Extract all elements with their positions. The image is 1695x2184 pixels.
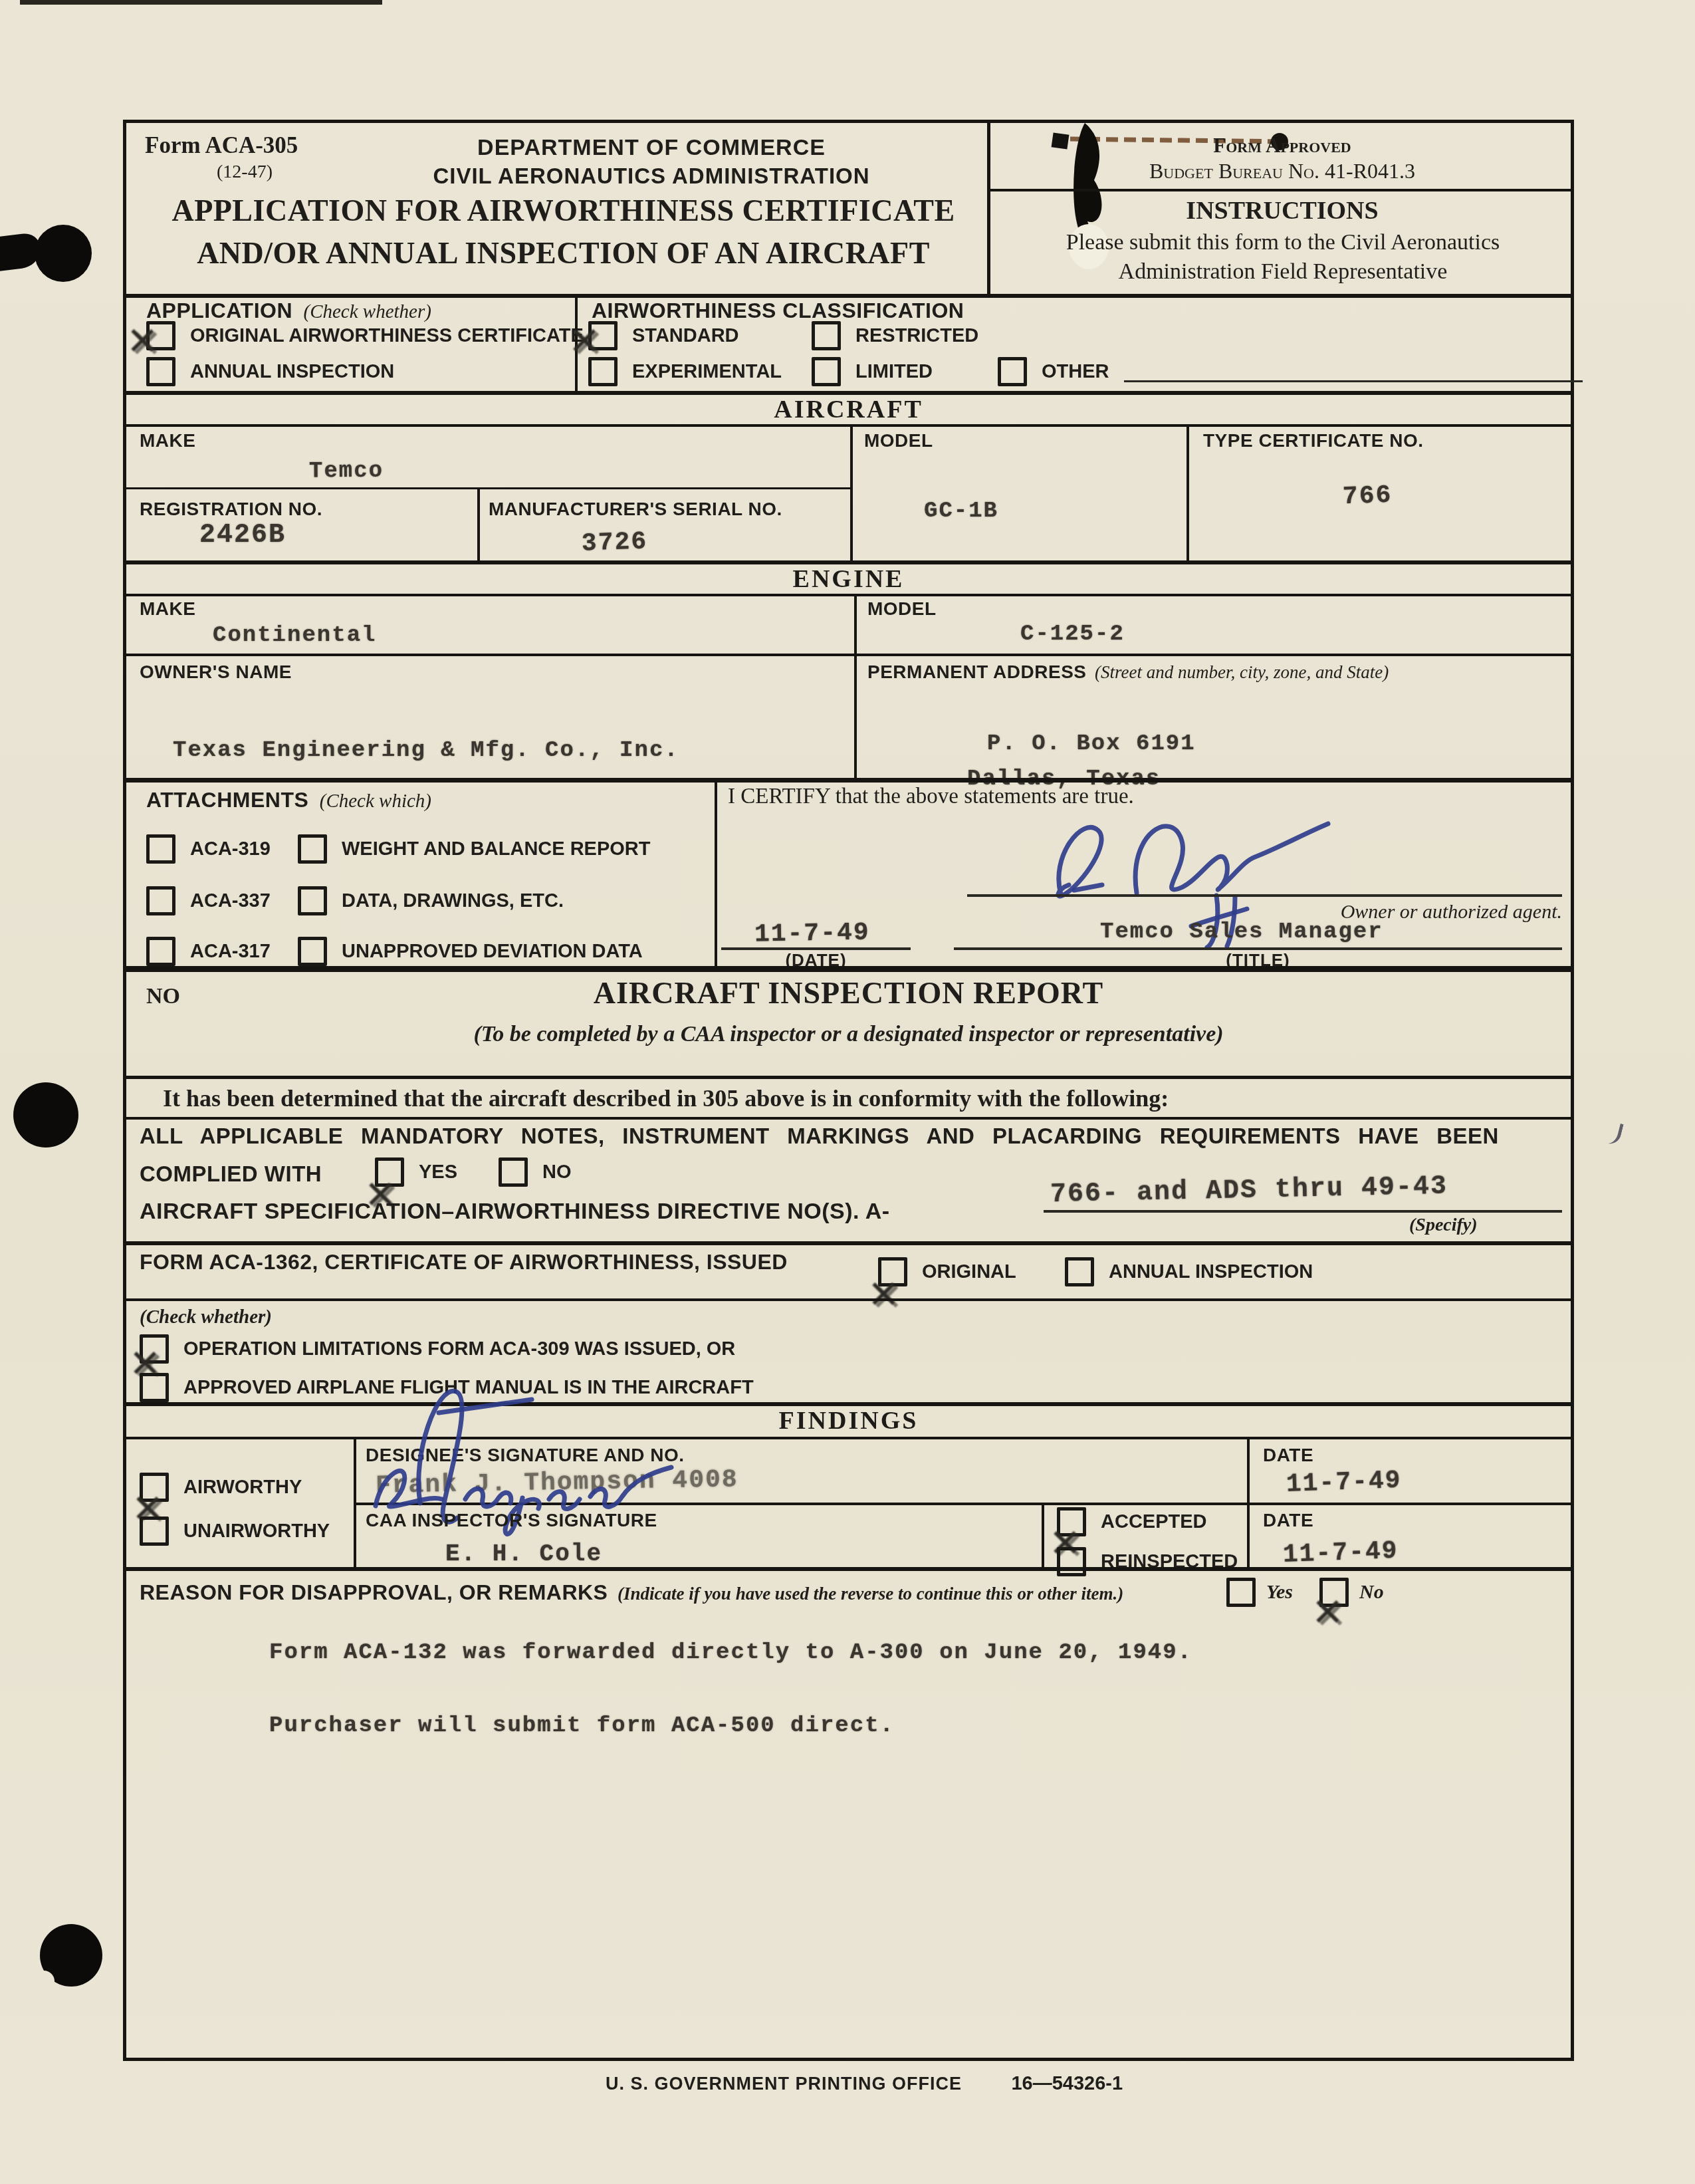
checkbox-airworthy[interactable] (140, 1473, 169, 1502)
divider (1186, 424, 1189, 560)
divider (575, 294, 578, 391)
attachment-doc: WEIGHT AND BALANCE REPORT (342, 838, 651, 860)
reason-label-row: REASON FOR DISAPPROVAL, OR REMARKS (Indi… (140, 1580, 1123, 1605)
attachments-hint: (Check which) (320, 790, 431, 812)
attachments-label: ATTACHMENTS (Check which) (146, 788, 431, 812)
scanned-page: { "f305": { "no": "Form ACA-305", "rev":… (0, 0, 1695, 2184)
divider (850, 424, 853, 560)
checkbox-label: AIRWORTHY (183, 1477, 302, 1499)
checkbox-original-airworthiness[interactable] (146, 321, 175, 350)
divider (126, 966, 1571, 972)
hole-punch-top-streak (0, 231, 40, 271)
aircraft-make-value[interactable]: Temco (309, 459, 384, 485)
complied-no-option: NO (499, 1157, 572, 1187)
checkbox-label: EXPERIMENTAL (632, 361, 782, 383)
checkbox-unairworthy[interactable] (140, 1517, 169, 1546)
certify-title-value[interactable]: Temco Sales Manager (1100, 919, 1383, 945)
engine-model-label: MODEL (867, 598, 937, 620)
checkbox-label: ANNUAL INSPECTION (190, 361, 394, 383)
complied-line1: ALL APPLICABLE MANDATORY NOTES, INSTRUME… (140, 1124, 1562, 1149)
engine-section-title: ENGINE (126, 564, 1571, 594)
owner-name-label: OWNER'S NAME (140, 662, 292, 683)
checkbox-label: LIMITED (855, 361, 933, 383)
serial-value[interactable]: 3726 (581, 527, 648, 558)
issued-original-option: ORIGINAL (878, 1257, 1016, 1286)
checkbox-weight-balance[interactable] (298, 834, 327, 864)
printing-office-code: 16—54326-1 (1011, 2073, 1123, 2094)
attachment-row: ACA-317 UNAPPROVED DEVIATION DATA (146, 937, 643, 966)
attachment-row: ACA-319 WEIGHT AND BALANCE REPORT (146, 834, 651, 864)
form-approved-line1: Form Approved (987, 134, 1577, 158)
checkbox-label: No (1359, 1581, 1384, 1604)
checkbox-limited[interactable] (812, 357, 841, 386)
divider (126, 1117, 1571, 1120)
option-limited: LIMITED (812, 357, 933, 386)
checkbox-other[interactable] (998, 357, 1027, 386)
application-label: APPLICATION (Check whether) (146, 299, 431, 323)
printing-office-footer: U. S. GOVERNMENT PRINTING OFFICE 16—5432… (545, 2073, 1183, 2095)
form-approved-line2: Budget Bureau No. 41-R041.3 (987, 159, 1577, 183)
permanent-address-label-text: PERMANENT ADDRESS (867, 662, 1087, 682)
divider (126, 778, 1571, 783)
checkbox-label: ACCEPTED (1101, 1511, 1207, 1533)
checkbox-label: ORIGINAL AIRWORTHINESS CERTIFICATE (190, 325, 584, 347)
pen-tick-mark (1605, 1121, 1624, 1146)
department-header: DEPARTMENT OF COMMERCE CIVIL AERONAUTICS… (319, 134, 984, 189)
registration-value[interactable]: 2426B (199, 521, 286, 550)
checkbox-label: RESTRICTED (855, 325, 978, 347)
form-title: APPLICATION FOR AIRWORTHINESS CERTIFICAT… (150, 189, 977, 275)
engine-make-value[interactable]: Continental (213, 623, 376, 648)
hole-punch-top (35, 225, 92, 282)
unairworthy-option: UNAIRWORTHY (140, 1517, 330, 1546)
form-revision: (12-47) (145, 162, 344, 183)
checkbox-data-drawings[interactable] (298, 886, 327, 915)
instructions-body: Please submit this form to the Civil Aer… (1010, 228, 1555, 287)
spec-directive-label: AIRCRAFT SPECIFICATION–AIRWORTHINESS DIR… (140, 1199, 890, 1225)
aircraft-section-title: AIRCRAFT (126, 395, 1571, 424)
department-line2: CIVIL AERONAUTICS ADMINISTRATION (319, 162, 984, 189)
date-header-2: DATE (1263, 1510, 1313, 1531)
divider (126, 424, 1571, 427)
checkbox-accepted[interactable] (1057, 1507, 1086, 1536)
checkbox-operation-limitations[interactable] (140, 1334, 169, 1364)
owner-name-value[interactable]: Texas Engineering & Mfg. Co., Inc. (173, 738, 679, 763)
department-line1: DEPARTMENT OF COMMERCE (319, 134, 984, 162)
serial-label: MANUFACTURER'S SERIAL NO. (489, 499, 782, 520)
complied-yes-option: YES (375, 1157, 457, 1187)
divider (126, 1567, 1571, 1571)
printing-office-text: U. S. GOVERNMENT PRINTING OFFICE (606, 2074, 962, 2094)
engine-make-label: MAKE (140, 598, 195, 620)
divider (1042, 1503, 1044, 1567)
checkbox-complied-no[interactable] (499, 1157, 528, 1187)
divider (126, 594, 1571, 596)
aircraft-make-label: MAKE (140, 430, 195, 451)
inspector-date-value[interactable]: 11-7-49 (1282, 1537, 1399, 1570)
issued-annual-option: ANNUAL INSPECTION (1065, 1257, 1313, 1286)
checkbox-restricted[interactable] (812, 321, 841, 350)
attachment-code: ACA-317 (190, 941, 283, 963)
address-line1[interactable]: P. O. Box 6191 (987, 731, 1196, 757)
checkbox-reason-yes[interactable] (1226, 1578, 1256, 1607)
option-other: OTHER (998, 357, 1583, 386)
checkbox-issued-original[interactable] (878, 1257, 907, 1286)
checkbox-label: ORIGINAL (922, 1261, 1016, 1283)
option-standard: STANDARD (588, 321, 739, 350)
checkbox-aca-319[interactable] (146, 834, 175, 864)
option-restricted: RESTRICTED (812, 321, 978, 350)
hole-punch-middle (13, 1082, 78, 1148)
certify-date-value[interactable]: 11-7-49 (754, 918, 870, 949)
complied-line2: COMPLIED WITH (140, 1161, 322, 1187)
classification-label: AIRWORTHINESS CLASSIFICATION (592, 299, 964, 323)
airworthy-option: AIRWORTHY (140, 1473, 302, 1502)
inspection-report-subtitle: (To be completed by a CAA inspector or a… (126, 1022, 1571, 1047)
option-original-airworthiness: ORIGINAL AIRWORTHINESS CERTIFICATE (146, 321, 584, 350)
form-title-line2: AND/OR ANNUAL INSPECTION OF AN AIRCRAFT (150, 232, 977, 275)
findings-section-title: FINDINGS (126, 1406, 1571, 1435)
divider (126, 487, 850, 489)
owner-signature-line[interactable] (967, 894, 1562, 897)
type-certificate-value[interactable]: 766 (1342, 481, 1393, 512)
divider (126, 654, 1571, 656)
reason-yes-option: Yes (1226, 1578, 1293, 1607)
remark-line1: Form ACA-132 was forwarded directly to A… (269, 1640, 1192, 1665)
form-aca-305: Form ACA-305 (12-47) DEPARTMENT OF COMME… (123, 120, 1574, 2061)
divider (477, 487, 480, 560)
permanent-address-hint: (Street and number, city, zone, and Stat… (1095, 662, 1389, 682)
form-number: Form ACA-305 (145, 132, 298, 159)
divider (126, 1076, 1571, 1079)
checkbox-reason-no[interactable] (1319, 1578, 1349, 1607)
divider (126, 1437, 1571, 1439)
date-header-1: DATE (1263, 1445, 1313, 1466)
checkbox-label: ANNUAL INSPECTION (1109, 1261, 1313, 1283)
divider (854, 594, 857, 778)
checkbox-annual-inspection[interactable] (146, 357, 175, 386)
registration-label: REGISTRATION NO. (140, 499, 322, 520)
checkbox-label: YES (419, 1161, 457, 1183)
divider (126, 1241, 1571, 1245)
inspection-report-title: AIRCRAFT INSPECTION REPORT (126, 975, 1571, 1011)
checkbox-aca-337[interactable] (146, 886, 175, 915)
checkbox-issued-annual[interactable] (1065, 1257, 1094, 1286)
attachment-code: ACA-337 (190, 890, 283, 912)
checkbox-flight-manual[interactable] (140, 1373, 169, 1402)
divider (126, 1298, 1571, 1301)
permanent-address-label: PERMANENT ADDRESS (Street and number, ci… (867, 662, 1389, 683)
hole-punch-bottom-bite (33, 1971, 55, 1992)
specify-hint: (Specify) (1409, 1215, 1478, 1236)
checkbox-label: STANDARD (632, 325, 739, 347)
checkbox-standard[interactable] (588, 321, 618, 350)
operation-limitations-option: OPERATION LIMITATIONS FORM ACA-309 WAS I… (140, 1334, 735, 1364)
divider (1247, 1437, 1250, 1567)
attachment-doc: UNAPPROVED DEVIATION DATA (342, 941, 643, 963)
attachments-label-text: ATTACHMENTS (146, 788, 308, 812)
checkbox-aca-317[interactable] (146, 937, 175, 966)
divider (354, 1437, 356, 1567)
spec-directive-value[interactable]: 766- and ADS thru 49-43 (1050, 1172, 1448, 1211)
remark-line2: Purchaser will submit form ACA-500 direc… (269, 1713, 895, 1739)
reason-label: REASON FOR DISAPPROVAL, OR REMARKS (140, 1580, 608, 1604)
attachment-doc: DATA, DRAWINGS, ETC. (342, 890, 564, 912)
checkbox-label: UNAIRWORTHY (183, 1520, 330, 1542)
divider (715, 778, 717, 966)
aca-1362-label: FORM ACA-1362, CERTIFICATE OF AIRWORTHIN… (140, 1250, 788, 1274)
checkbox-label: NO (542, 1161, 572, 1183)
checkbox-label: OTHER (1042, 361, 1109, 383)
application-label-text: APPLICATION (146, 299, 292, 322)
application-hint: (Check whether) (303, 301, 431, 322)
aircraft-model-value[interactable]: GC-1B (924, 499, 998, 524)
checkbox-label: OPERATION LIMITATIONS FORM ACA-309 WAS I… (183, 1338, 735, 1360)
instructions-heading: INSTRUCTIONS (987, 196, 1577, 225)
check-whether-hint: (Check whether) (140, 1306, 272, 1328)
option-annual-inspection: ANNUAL INSPECTION (146, 357, 394, 386)
accepted-option: ACCEPTED (1057, 1507, 1207, 1536)
engine-model-value[interactable]: C-125-2 (1020, 622, 1125, 647)
attachment-code: ACA-319 (190, 838, 283, 860)
form-title-line1: APPLICATION FOR AIRWORTHINESS CERTIFICAT… (150, 189, 977, 232)
type-certificate-label: TYPE CERTIFICATE NO. (1203, 430, 1424, 451)
checkbox-reinspected[interactable] (1057, 1547, 1086, 1576)
designee-date-value[interactable]: 11-7-49 (1286, 1467, 1402, 1499)
determined-statement: It has been determined that the aircraft… (163, 1084, 1169, 1112)
reason-hint: (Indicate if you have used the reverse t… (618, 1584, 1123, 1604)
reinspected-option: REINSPECTED (1057, 1547, 1238, 1576)
option-experimental: EXPERIMENTAL (588, 357, 782, 386)
divider (987, 189, 1571, 191)
caa-inspector-label: CAA INSPECTOR'S SIGNATURE (366, 1510, 657, 1531)
aircraft-model-label: MODEL (864, 430, 933, 451)
checkbox-label: Yes (1266, 1581, 1293, 1604)
caa-inspector-typed-name[interactable]: E. H. Cole (445, 1540, 602, 1568)
spec-line[interactable] (1044, 1210, 1562, 1213)
scan-edge-streak (20, 0, 382, 5)
reason-no-option: No (1319, 1578, 1384, 1607)
checkbox-experimental[interactable] (588, 357, 618, 386)
checkbox-complied-yes[interactable] (375, 1157, 404, 1187)
attachment-row: ACA-337 DATA, DRAWINGS, ETC. (146, 886, 564, 915)
other-blank-field[interactable] (1124, 380, 1583, 382)
divider (987, 123, 990, 294)
checkbox-unapproved-deviation[interactable] (298, 937, 327, 966)
divider (126, 294, 1571, 298)
